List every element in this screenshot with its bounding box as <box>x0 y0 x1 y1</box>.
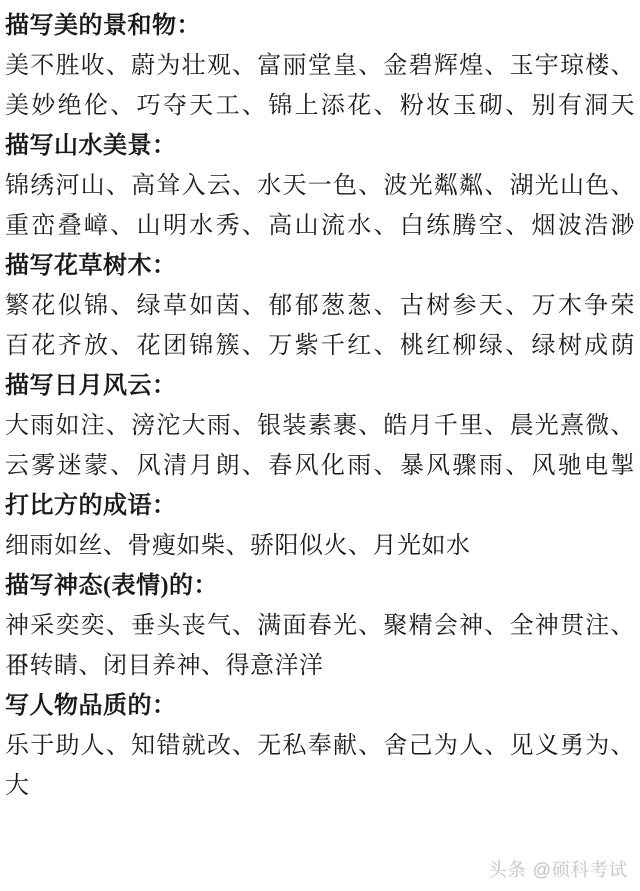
idiom-section-beautiful-scenes: 描写美的景和物： 美不胜收、蔚为壮观、富丽堂皇、金碧辉煌、玉宇琼楼、 美妙绝伦、… <box>5 6 635 126</box>
section-heading: 打比方的成语： <box>5 486 635 526</box>
idiom-line: 不转睛、闭目养神、得意洋洋 <box>5 646 635 686</box>
idiom-section-sun-moon-wind-clouds: 描写日月风云： 大雨如注、滂沱大雨、银装素裹、皓月千里、晨光熹微、 云雾迷蒙、风… <box>5 366 635 486</box>
watermark: 头条 @硕科考试 <box>489 856 628 882</box>
idiom-line: 美妙绝伦、巧夺天工、锦上添花、粉妆玉砌、别有洞天 <box>5 86 635 126</box>
idiom-line: 百花齐放、花团锦簇、万紫千红、桃红柳绿、绿树成荫 <box>5 326 635 366</box>
idiom-line: 云雾迷蒙、风清月朗、春风化雨、暴风骤雨、风驰电掣 <box>5 446 635 486</box>
idiom-section-expressions: 描写神态(表情)的： 神采奕奕、垂头丧气、满面春光、聚精会神、全神贯注、目 不转… <box>5 566 635 686</box>
idiom-section-landscapes: 描写山水美景： 锦绣河山、高耸入云、水天一色、波光粼粼、湖光山色、 重峦叠嶂、山… <box>5 126 635 246</box>
section-heading: 描写山水美景： <box>5 126 635 166</box>
idiom-line: 重峦叠嶂、山明水秀、高山流水、白练腾空、烟波浩渺 <box>5 206 635 246</box>
section-heading: 描写神态(表情)的： <box>5 566 635 606</box>
idiom-line: 繁花似锦、绿草如茵、郁郁葱葱、古树参天、万木争荣 <box>5 286 635 326</box>
idiom-line: 锦绣河山、高耸入云、水天一色、波光粼粼、湖光山色、 <box>5 166 635 206</box>
section-heading: 描写美的景和物： <box>5 6 635 46</box>
section-heading: 描写花草树木： <box>5 246 635 286</box>
idiom-line: 细雨如丝、骨瘦如柴、骄阳似火、月光如水 <box>5 526 635 566</box>
section-heading: 描写日月风云： <box>5 366 635 406</box>
idiom-section-character-qualities: 写人物品质的： 乐于助人、知错就改、无私奉献、舍己为人、见义勇为、大 <box>5 686 635 766</box>
idiom-section-metaphors: 打比方的成语： 细雨如丝、骨瘦如柴、骄阳似火、月光如水 <box>5 486 635 566</box>
idiom-line: 大雨如注、滂沱大雨、银装素裹、皓月千里、晨光熹微、 <box>5 406 635 446</box>
idiom-line: 乐于助人、知错就改、无私奉献、舍己为人、见义勇为、大 <box>5 726 635 766</box>
idiom-section-flowers-trees: 描写花草树木： 繁花似锦、绿草如茵、郁郁葱葱、古树参天、万木争荣 百花齐放、花团… <box>5 246 635 366</box>
section-heading: 写人物品质的： <box>5 686 635 726</box>
idiom-line: 神采奕奕、垂头丧气、满面春光、聚精会神、全神贯注、目 <box>5 606 635 646</box>
idiom-line: 美不胜收、蔚为壮观、富丽堂皇、金碧辉煌、玉宇琼楼、 <box>5 46 635 86</box>
document-page: 描写美的景和物： 美不胜收、蔚为壮观、富丽堂皇、金碧辉煌、玉宇琼楼、 美妙绝伦、… <box>0 0 640 891</box>
